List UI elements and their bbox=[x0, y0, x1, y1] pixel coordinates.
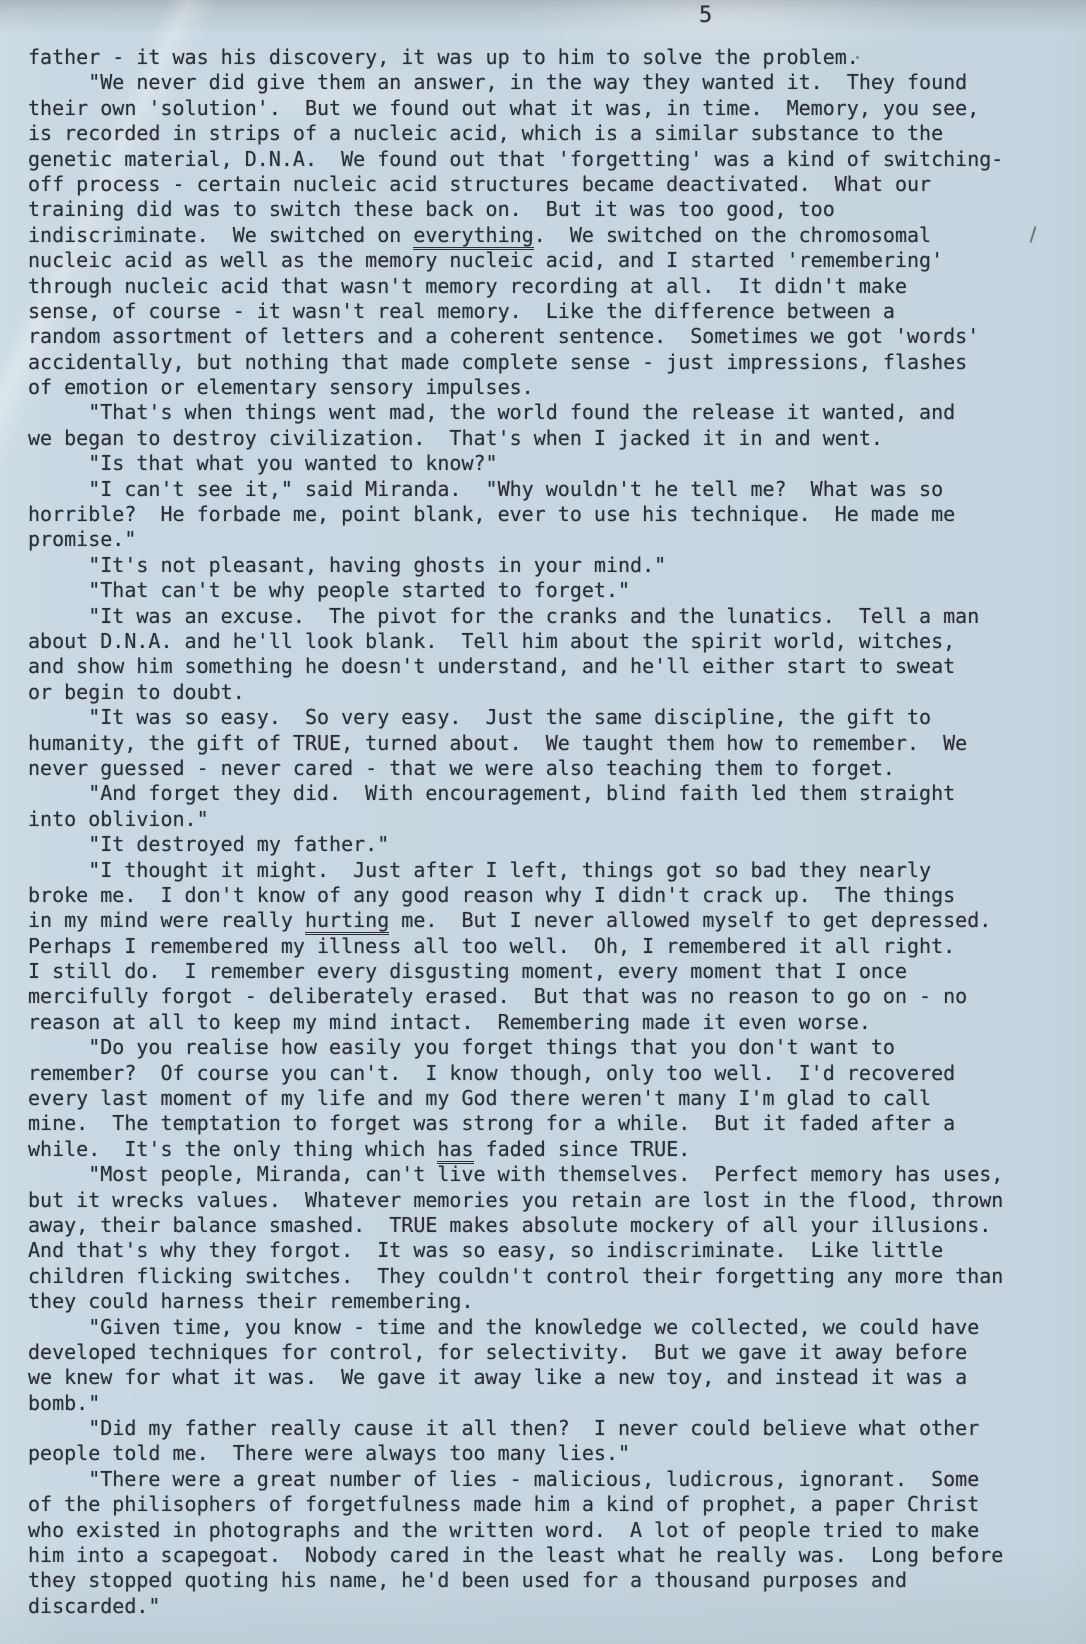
text-line: while. It's the only thing which has fad… bbox=[28, 1137, 1003, 1162]
text-line: "I thought it might. Just after I left, … bbox=[28, 858, 1003, 883]
text-line: Perhaps I remembered my illness all too … bbox=[28, 934, 1003, 959]
page-number: 5 bbox=[699, 3, 712, 29]
text-line: they could harness their remembering. bbox=[28, 1289, 1003, 1314]
text-line: I still do. I remember every disgusting … bbox=[28, 959, 1003, 984]
text-line: "We never did give them an answer, in th… bbox=[28, 70, 1003, 95]
underlined-word: has bbox=[437, 1137, 473, 1164]
text-line: their own 'solution'. But we found out w… bbox=[28, 96, 1003, 121]
text-line: in my mind were really hurting me. But I… bbox=[28, 908, 1003, 933]
text-line: of emotion or elementary sensory impulse… bbox=[28, 375, 1003, 400]
text-line: every last moment of my life and my God … bbox=[28, 1086, 1003, 1111]
text-line: promise." bbox=[28, 527, 1003, 552]
underlined-word: everything bbox=[413, 223, 533, 250]
text-line: nucleic acid as well as the memory nucle… bbox=[28, 248, 1003, 273]
text-line: of the philisophers of forgetfulness mad… bbox=[28, 1492, 1003, 1517]
text-line: him into a scapegoat. Nobody cared in th… bbox=[28, 1543, 1003, 1568]
text-line: remember? Of course you can't. I know th… bbox=[28, 1061, 1003, 1086]
typed-text-block: father - it was his discovery, it was up… bbox=[28, 45, 1003, 1619]
text-line: they stopped quoting his name, he'd been… bbox=[28, 1568, 1003, 1593]
text-line: And that's why they forgot. It was so ea… bbox=[28, 1238, 1003, 1263]
text-line: accidentally, but nothing that made comp… bbox=[28, 350, 1003, 375]
text-line: sense, of course - it wasn't real memory… bbox=[28, 299, 1003, 324]
text-line: mine. The temptation to forget was stron… bbox=[28, 1111, 1003, 1136]
text-line: bomb." bbox=[28, 1391, 1003, 1416]
text-line: "It's not pleasant, having ghosts in you… bbox=[28, 553, 1003, 578]
text-line: through nucleic acid that wasn't memory … bbox=[28, 274, 1003, 299]
text-line: mercifully forgot - deliberately erased.… bbox=[28, 984, 1003, 1009]
text-line: indiscriminate. We switched on everythin… bbox=[28, 223, 1003, 248]
text-line: off process - certain nucleic acid struc… bbox=[28, 172, 1003, 197]
text-line: "Most people, Miranda, can't live with t… bbox=[28, 1162, 1003, 1187]
text-line: who existed in photographs and the writt… bbox=[28, 1518, 1003, 1543]
text-line: "That can't be why people started to for… bbox=[28, 578, 1003, 603]
text-line: away, their balance smashed. TRUE makes … bbox=[28, 1213, 1003, 1238]
text-line: father - it was his discovery, it was up… bbox=[28, 45, 1003, 70]
text-line: genetic material, D.N.A. We found out th… bbox=[28, 147, 1003, 172]
text-line: "I can't see it," said Miranda. "Why wou… bbox=[28, 477, 1003, 502]
text-line: children flicking switches. They couldn'… bbox=[28, 1264, 1003, 1289]
text-line: and show him something he doesn't unders… bbox=[28, 654, 1003, 679]
text-line: reason at all to keep my mind intact. Re… bbox=[28, 1010, 1003, 1035]
text-line: into oblivion." bbox=[28, 807, 1003, 832]
text-line: "There were a great number of lies - mal… bbox=[28, 1467, 1003, 1492]
text-line: discarded." bbox=[28, 1594, 1003, 1619]
text-line: "That's when things went mad, the world … bbox=[28, 400, 1003, 425]
text-line: random assortment of letters and a coher… bbox=[28, 324, 1003, 349]
text-line: "Is that what you wanted to know?" bbox=[28, 451, 1003, 476]
text-line: broke me. I don't know of any good reaso… bbox=[28, 883, 1003, 908]
text-line: but it wrecks values. Whatever memories … bbox=[28, 1188, 1003, 1213]
text-line: "Do you realise how easily you forget th… bbox=[28, 1035, 1003, 1060]
underlined-word: hurting bbox=[305, 908, 389, 935]
stray-ink-mark bbox=[1029, 226, 1036, 243]
text-line: horrible? He forbade me, point blank, ev… bbox=[28, 502, 1003, 527]
text-line: "And forget they did. With encouragement… bbox=[28, 781, 1003, 806]
text-line: people told me. There were always too ma… bbox=[28, 1441, 1003, 1466]
text-line: humanity, the gift of TRUE, turned about… bbox=[28, 731, 1003, 756]
text-line: we knew for what it was. We gave it away… bbox=[28, 1365, 1003, 1390]
text-line: "It was so easy. So very easy. Just the … bbox=[28, 705, 1003, 730]
text-line: "It destroyed my father." bbox=[28, 832, 1003, 857]
text-line: never guessed - never cared - that we we… bbox=[28, 756, 1003, 781]
text-line: developed techniques for control, for se… bbox=[28, 1340, 1003, 1365]
text-line: or begin to doubt. bbox=[28, 680, 1003, 705]
text-line: we began to destroy civilization. That's… bbox=[28, 426, 1003, 451]
text-line: training did was to switch these back on… bbox=[28, 197, 1003, 222]
text-line: "Given time, you know - time and the kno… bbox=[28, 1315, 1003, 1340]
text-line: is recorded in strips of a nucleic acid,… bbox=[28, 121, 1003, 146]
text-line: "It was an excuse. The pivot for the cra… bbox=[28, 604, 1003, 629]
typewritten-page: 5 father - it was his discovery, it was … bbox=[0, 0, 1086, 1644]
text-line: "Did my father really cause it all then?… bbox=[28, 1416, 1003, 1441]
text-line: about D.N.A. and he'll look blank. Tell … bbox=[28, 629, 1003, 654]
